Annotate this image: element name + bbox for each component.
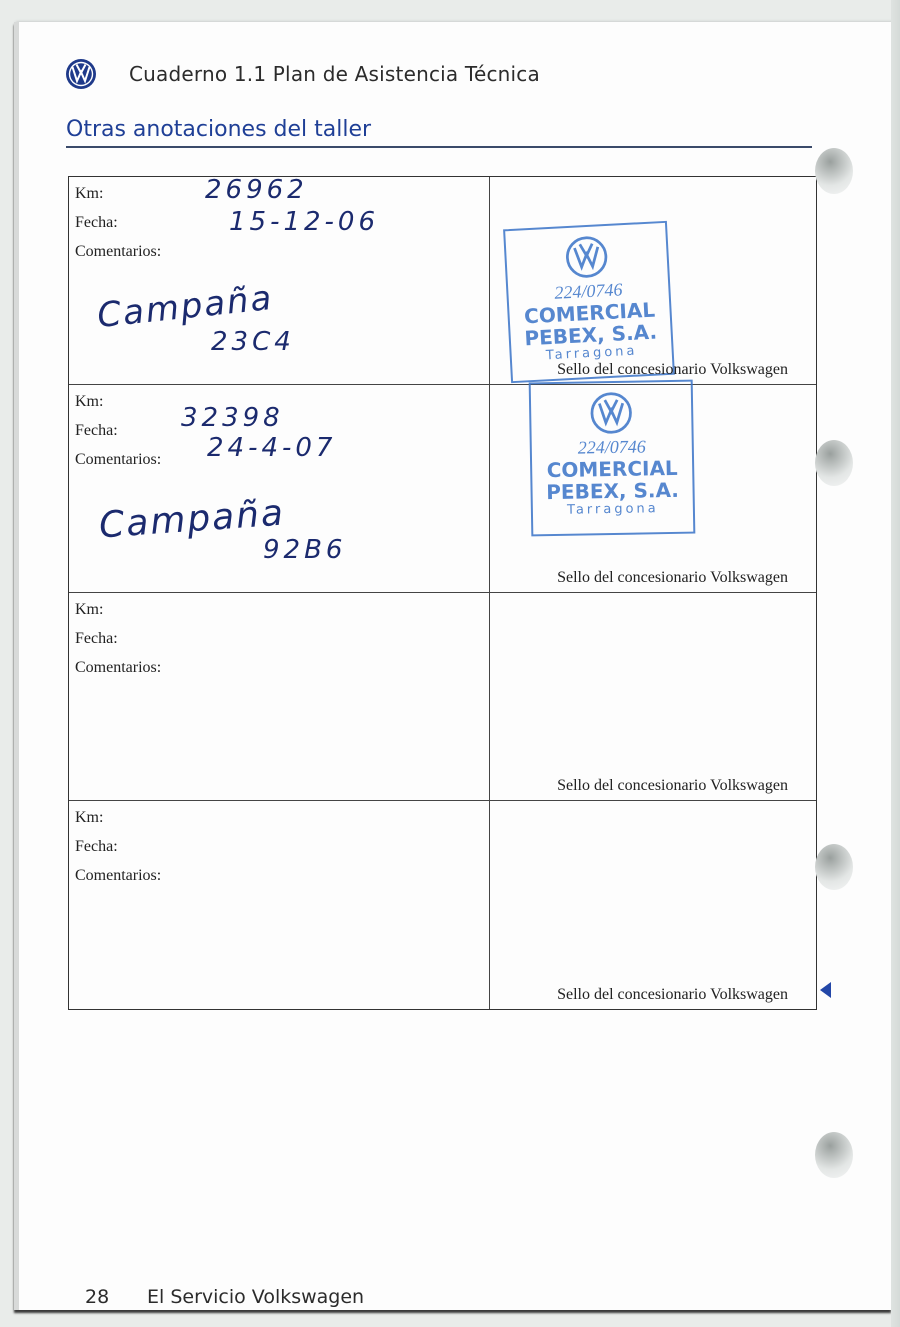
comentarios-value-line2[interactable]: 92B6	[263, 535, 346, 565]
km-label: Km:	[75, 809, 103, 827]
fecha-label: Fecha:	[75, 422, 118, 440]
workshop-notes-table: Km: Fecha: Comentarios: 26962 15-12-06 C…	[68, 176, 817, 1010]
comentarios-value-line1[interactable]: Campaña	[98, 493, 286, 547]
page-edge	[891, 0, 900, 1327]
punch-hole	[815, 844, 853, 890]
comentarios-value-line2[interactable]: 23C4	[211, 327, 295, 357]
entry-1-fields[interactable]: Km: Fecha: Comentarios: 26962 15-12-06 C…	[69, 177, 490, 385]
comentarios-label: Comentarios:	[75, 451, 161, 469]
comentarios-label: Comentarios:	[75, 659, 161, 677]
punch-hole	[815, 148, 853, 194]
km-label: Km:	[75, 601, 103, 619]
fecha-label: Fecha:	[75, 630, 118, 648]
seal-label: Sello del concesionario Volkswagen	[557, 777, 788, 795]
fecha-label: Fecha:	[75, 838, 118, 856]
section-divider	[66, 146, 812, 148]
seal-label: Sello del concesionario Volkswagen	[557, 569, 788, 587]
km-value[interactable]: 32398	[181, 403, 284, 433]
seal-label: Sello del concesionario Volkswagen	[557, 361, 788, 379]
triangle-left-icon[interactable]	[820, 982, 831, 998]
stamp-name-2: PEBEX, S.A.	[532, 479, 692, 504]
fecha-value[interactable]: 15-12-06	[229, 207, 379, 237]
vw-logo-icon	[564, 234, 610, 280]
fecha-value[interactable]: 24-4-07	[207, 433, 336, 463]
entry-2-fields[interactable]: Km: Fecha: Comentarios: 32398 24-4-07 Ca…	[69, 385, 490, 593]
seal-label: Sello del concesionario Volkswagen	[557, 986, 788, 1004]
section-title: Otras anotaciones del taller	[66, 117, 371, 142]
booklet-page: Cuaderno 1.1 Plan de Asistencia Técnica …	[14, 22, 891, 1310]
document-title: Cuaderno 1.1 Plan de Asistencia Técnica	[129, 62, 540, 86]
footer-section-title: El Servicio Volkswagen	[147, 1286, 364, 1308]
entry-1-seal: 224/0746 COMERCIAL PEBEX, S.A. Tarragona…	[490, 177, 816, 385]
comentarios-label: Comentarios:	[75, 243, 161, 261]
vw-logo-icon	[589, 391, 634, 436]
dealer-stamp: 224/0746 COMERCIAL PEBEX, S.A. Tarragona	[529, 380, 696, 537]
entry-4-seal: Sello del concesionario Volkswagen	[490, 801, 816, 1009]
punch-hole	[815, 1132, 853, 1178]
entry-2-seal: 224/0746 COMERCIAL PEBEX, S.A. Tarragona…	[490, 385, 816, 593]
comentarios-label: Comentarios:	[75, 867, 161, 885]
km-value[interactable]: 26962	[205, 175, 308, 205]
entry-4-fields[interactable]: Km: Fecha: Comentarios:	[69, 801, 490, 1009]
punch-hole	[815, 440, 853, 486]
vw-logo-icon	[65, 58, 97, 90]
page-number: 28	[85, 1286, 147, 1308]
page-header: Cuaderno 1.1 Plan de Asistencia Técnica	[65, 58, 540, 90]
page-footer: 28 El Servicio Volkswagen	[85, 1286, 364, 1308]
dealer-stamp: 224/0746 COMERCIAL PEBEX, S.A. Tarragona	[503, 221, 675, 383]
entry-3-fields[interactable]: Km: Fecha: Comentarios:	[69, 593, 490, 801]
fecha-label: Fecha:	[75, 214, 118, 232]
entry-3-seal: Sello del concesionario Volkswagen	[490, 593, 816, 801]
km-label: Km:	[75, 393, 103, 411]
km-label: Km:	[75, 185, 103, 203]
